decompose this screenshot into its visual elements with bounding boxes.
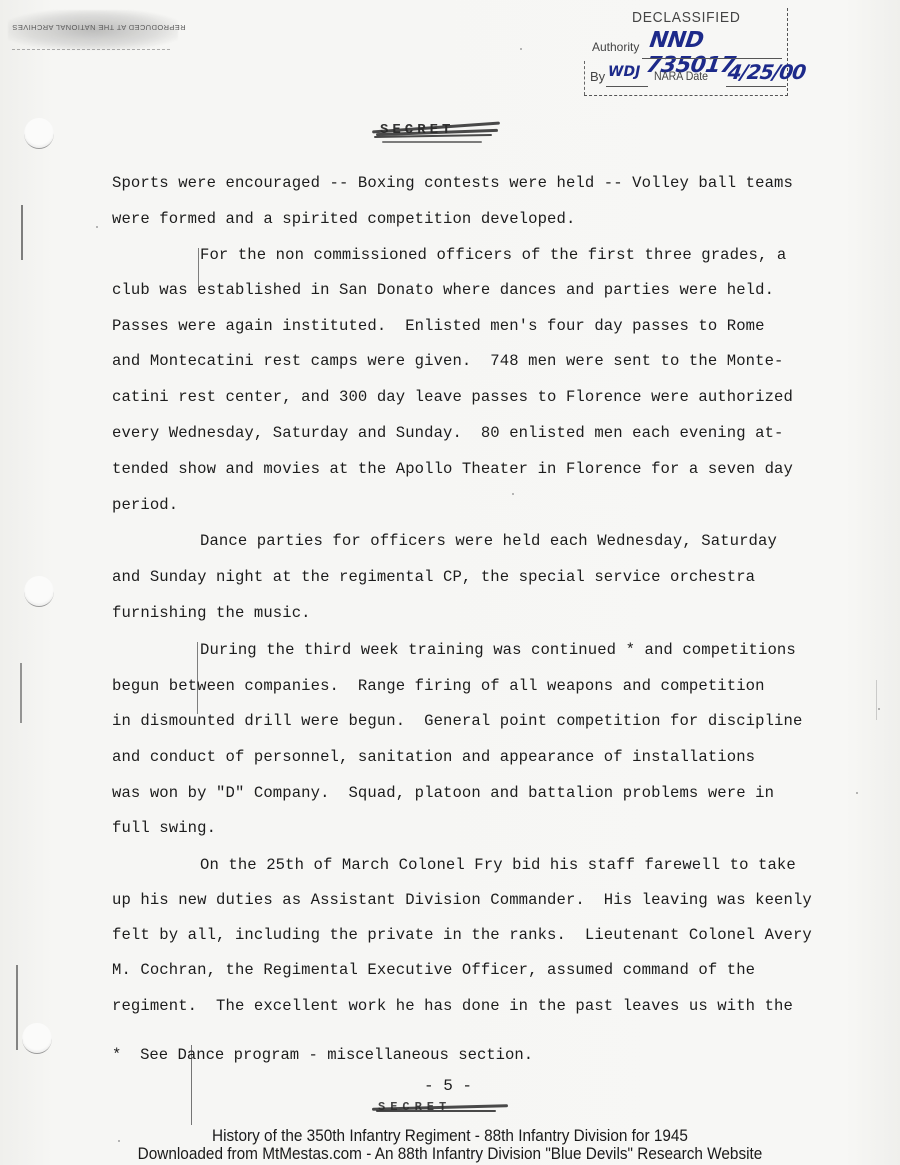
stamp-border [584, 61, 586, 95]
speck [856, 792, 858, 794]
speck [878, 708, 880, 710]
punch-hole [24, 576, 54, 607]
punch-hole [22, 1023, 52, 1054]
archive-stamp-text: REPRODUCED AT THE NATIONAL ARCHIVES [12, 23, 186, 32]
caption-source: Downloaded from MtMestas.com - An 88th I… [32, 1145, 869, 1164]
speck [118, 1140, 120, 1142]
margin-mark [16, 965, 18, 1050]
body-line: begun between companies. Range firing of… [112, 677, 765, 695]
body-line: and Montecatini rest camps were given. 7… [112, 352, 784, 370]
speck [520, 48, 522, 50]
body-line: full swing. [112, 819, 216, 837]
body-line: was won by "D" Company. Squad, platoon a… [112, 784, 774, 802]
stamp-border [584, 94, 788, 96]
by-underline [606, 86, 648, 87]
body-line: tended show and movies at the Apollo The… [112, 460, 793, 478]
body-line: Passes were again instituted. Enlisted m… [112, 317, 765, 335]
caption-title: History of the 350th Infantry Regiment -… [32, 1127, 869, 1146]
body-line: furnishing the music. [112, 604, 311, 622]
margin-mark [876, 680, 877, 720]
body-line: During the third week training was conti… [112, 641, 796, 659]
document-page: REPRODUCED AT THE NATIONAL ARCHIVES DECL… [0, 0, 900, 1165]
body-line: M. Cochran, the Regimental Executive Off… [112, 961, 755, 979]
body-line: club was established in San Donato where… [112, 281, 774, 299]
by-value: WDJ [608, 64, 640, 80]
body-line: were formed and a spirited competition d… [112, 210, 575, 228]
body-line: in dismounted drill were begun. General … [112, 712, 802, 730]
classification-footer-struck: SECRET [372, 1100, 512, 1118]
strike-mark [382, 141, 482, 143]
body-line: Sports were encouraged -- Boxing contest… [112, 174, 793, 192]
body-line: and conduct of personnel, sanitation and… [112, 748, 755, 766]
page-number: - 5 - [424, 1077, 472, 1095]
speck [512, 493, 514, 495]
margin-mark [21, 205, 23, 260]
footnote: * See Dance program - miscellaneous sect… [112, 1046, 533, 1064]
classification-header-struck: SECRET [372, 116, 502, 146]
declassified-title: DECLASSIFIED [632, 9, 741, 26]
archive-stamp-rule [12, 49, 172, 50]
authority-underline [642, 58, 782, 59]
date-underline [726, 86, 786, 87]
nara-date-value: 4/25/00 [726, 60, 807, 84]
body-line: up his new duties as Assistant Division … [112, 891, 812, 909]
body-line: period. [112, 496, 178, 514]
body-line: every Wednesday, Saturday and Sunday. 80… [112, 424, 784, 442]
body-line: and Sunday night at the regimental CP, t… [112, 568, 755, 586]
body-line: felt by all, including the private in th… [112, 926, 812, 944]
body-line: On the 25th of March Colonel Fry bid his… [112, 856, 796, 874]
strike-mark [376, 1110, 496, 1112]
by-label: By [590, 69, 605, 84]
body-line: For the non commissioned officers of the… [112, 246, 786, 264]
body-line: Dance parties for officers were held eac… [112, 532, 777, 550]
punch-hole [24, 118, 54, 149]
body-line: regiment. The excellent work he has done… [112, 997, 793, 1015]
nara-date-label: NARA Date [654, 69, 708, 83]
declassification-stamp: DECLASSIFIED Authority NND 735017 By WDJ… [578, 6, 788, 94]
margin-mark [20, 663, 22, 723]
body-line: catini rest center, and 300 day leave pa… [112, 388, 793, 406]
speck [96, 226, 98, 228]
authority-label: Authority [592, 40, 639, 54]
